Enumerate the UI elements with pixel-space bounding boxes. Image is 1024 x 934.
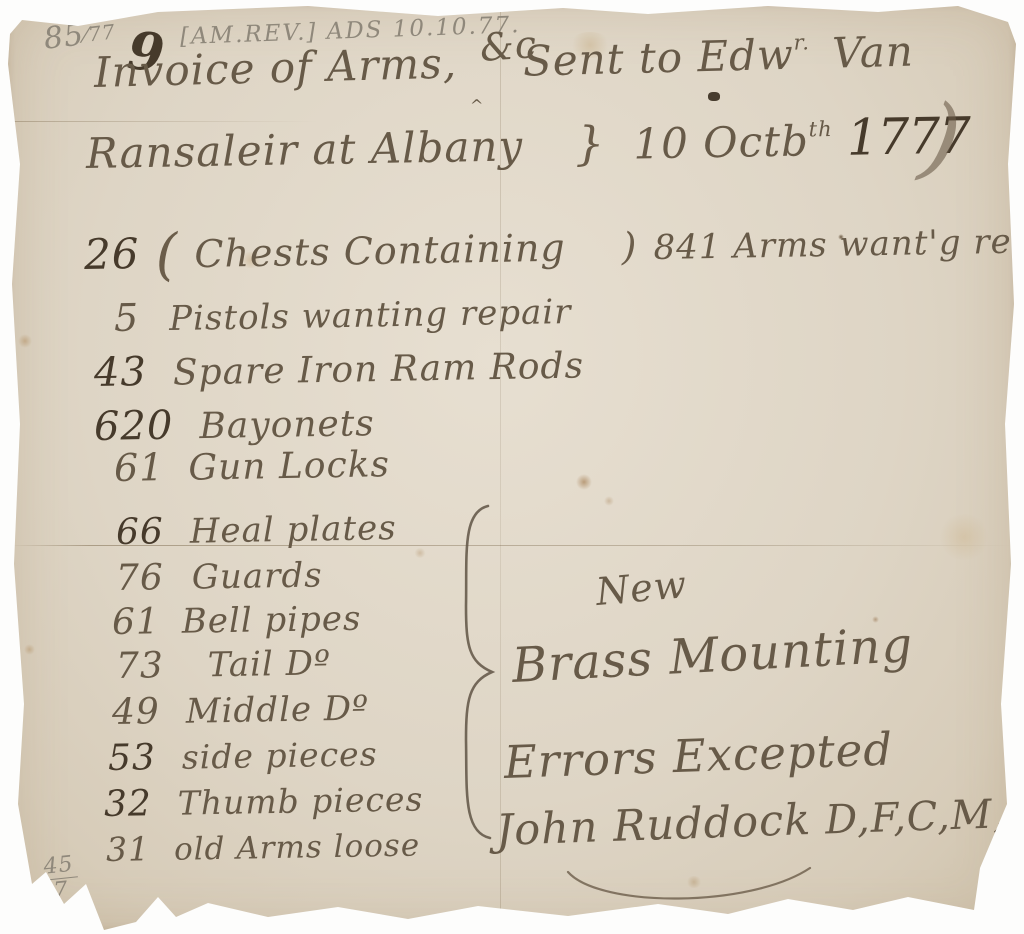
item-label: Bayonets bbox=[199, 403, 375, 447]
signature-suffix: D,F,C,M,S bbox=[824, 790, 1024, 843]
title-van: Van bbox=[832, 27, 915, 78]
invoice-line: 5 Pistols wanting repair bbox=[114, 288, 572, 340]
item-label: old Arms loose bbox=[174, 828, 421, 868]
attestation-label: Errors Excepted bbox=[503, 722, 894, 789]
item-label: Guards bbox=[191, 555, 322, 597]
stain bbox=[18, 334, 32, 348]
braced-line: 49 Middle Dº bbox=[112, 688, 370, 733]
item-label: Thumb pieces bbox=[177, 779, 423, 822]
flourish-close-paren: ) bbox=[621, 224, 638, 268]
condition-label: New bbox=[594, 562, 689, 614]
braced-line: 53 side pieces bbox=[108, 733, 378, 779]
signature-flourish bbox=[560, 862, 820, 910]
title-date: 10 Octb bbox=[633, 116, 809, 168]
braced-line: 32 Thumb pieces bbox=[104, 778, 424, 825]
item-quantity: 66 bbox=[116, 511, 165, 553]
braced-line: 31 old Arms loose bbox=[106, 825, 421, 869]
item-quantity: 73 bbox=[116, 645, 165, 687]
item-quantity: 61 bbox=[114, 445, 165, 490]
ink-blot bbox=[708, 92, 720, 101]
title-place: Ransaleir at Albany bbox=[86, 121, 524, 178]
title-date-sup: th bbox=[808, 117, 832, 141]
item-quantity: 5 bbox=[114, 296, 140, 340]
stain bbox=[576, 474, 592, 490]
brace-glyph: } bbox=[575, 116, 606, 171]
stain bbox=[604, 496, 614, 506]
signature-line: John RuddockD,F,C,M,S bbox=[495, 787, 1024, 856]
title-line-2: Ransaleir at Albany}10 Octbth1777 bbox=[85, 107, 970, 180]
flourish-open-paren: ( bbox=[155, 222, 179, 287]
item-label: Middle Dº bbox=[185, 689, 369, 732]
item-label: Gun Locks bbox=[188, 444, 390, 489]
item-label: side pieces bbox=[181, 734, 377, 776]
item-quantity: 26 bbox=[84, 229, 140, 279]
item-label: Tail Dº bbox=[207, 643, 331, 685]
braced-line: 61 Bell pipes bbox=[112, 598, 362, 643]
braced-line: 73 Tail Dº bbox=[116, 642, 332, 687]
item-label: Spare Iron Ram Rods bbox=[173, 345, 585, 393]
item-note: 841 Arms want'g repair bbox=[653, 221, 1024, 269]
corner-fraction-denominator: 7 bbox=[52, 877, 70, 903]
stain bbox=[24, 644, 35, 655]
item-label: Pistols wanting repair bbox=[169, 292, 572, 339]
title-invoice-of-arms: Invoice of Arms, bbox=[93, 39, 457, 97]
invoice-line: 26 ( Chests Containing ) 841 Arms want'g… bbox=[83, 201, 1024, 283]
braced-line: 76 Guards bbox=[116, 554, 323, 599]
item-label: Heal plates bbox=[189, 508, 397, 552]
signature-name: John Ruddock bbox=[495, 795, 812, 856]
stain bbox=[414, 548, 426, 558]
shelf-mark-main: 85 bbox=[42, 17, 86, 57]
item-quantity: 31 bbox=[106, 829, 151, 869]
invoice-line: 61 Gun Locks bbox=[114, 441, 391, 490]
corner-fraction: 45 7 bbox=[39, 852, 80, 904]
item-quantity: 49 bbox=[112, 691, 161, 733]
title-sent-to: Sent to Edw bbox=[522, 30, 794, 86]
corner-fraction-numerator: 45 bbox=[39, 852, 77, 881]
grouping-brace bbox=[450, 504, 504, 840]
mounting-label: Brass Mounting bbox=[511, 617, 915, 694]
invoice-line: 43 Spare Iron Ram Rods bbox=[94, 341, 585, 396]
item-quantity: 620 bbox=[94, 403, 174, 450]
item-quantity: 32 bbox=[104, 783, 153, 825]
title-edw-sup: r. bbox=[793, 30, 810, 54]
insertion-caret: ^ bbox=[470, 96, 484, 115]
item-quantity: 43 bbox=[94, 349, 148, 396]
item-quantity: 76 bbox=[116, 557, 165, 599]
item-label: Bell pipes bbox=[181, 599, 361, 642]
item-quantity: 53 bbox=[108, 737, 157, 779]
shelf-mark-sub: ⁄77 bbox=[82, 19, 116, 47]
manuscript-paper: 85⁄77 9 [AM.REV.] ADS 10.10.77. &c ^ Inv… bbox=[8, 4, 1016, 930]
item-quantity: 61 bbox=[112, 601, 161, 643]
item-label: Chests Containing bbox=[194, 226, 566, 276]
stain bbox=[938, 514, 990, 560]
braced-line: 66 Heal plates bbox=[116, 507, 397, 553]
